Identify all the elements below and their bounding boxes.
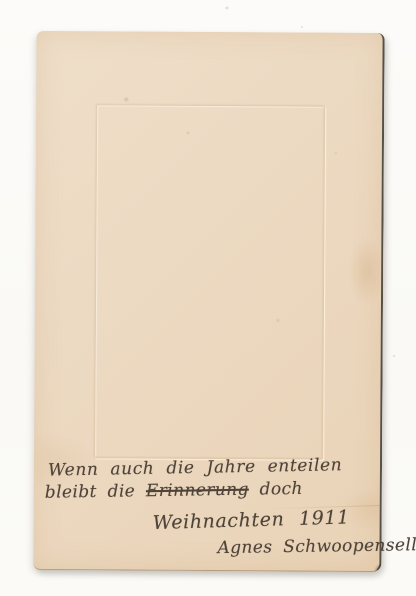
inscription-line-1: Wenn auch die Jahre enteilen [48,455,343,480]
inscription-line-2: bleibt die Erinnerung doch [45,479,303,503]
inscription-date-line: Weihnachten 1911 [152,506,350,534]
inscription-struck-word: Erinnerung [146,480,249,502]
scan-background: Wenn auch die Jahre enteilen bleibt die … [0,0,416,596]
embossed-plate-mark [94,104,325,459]
inscription-line-2-suffix: doch [249,479,303,500]
inscription-line-2-prefix: bleibt die [45,481,146,502]
inscription-signature: Agnes Schwoopensell [217,535,416,558]
postcard-back: Wenn auch die Jahre enteilen bleibt die … [33,31,384,572]
worn-corner [367,556,381,572]
